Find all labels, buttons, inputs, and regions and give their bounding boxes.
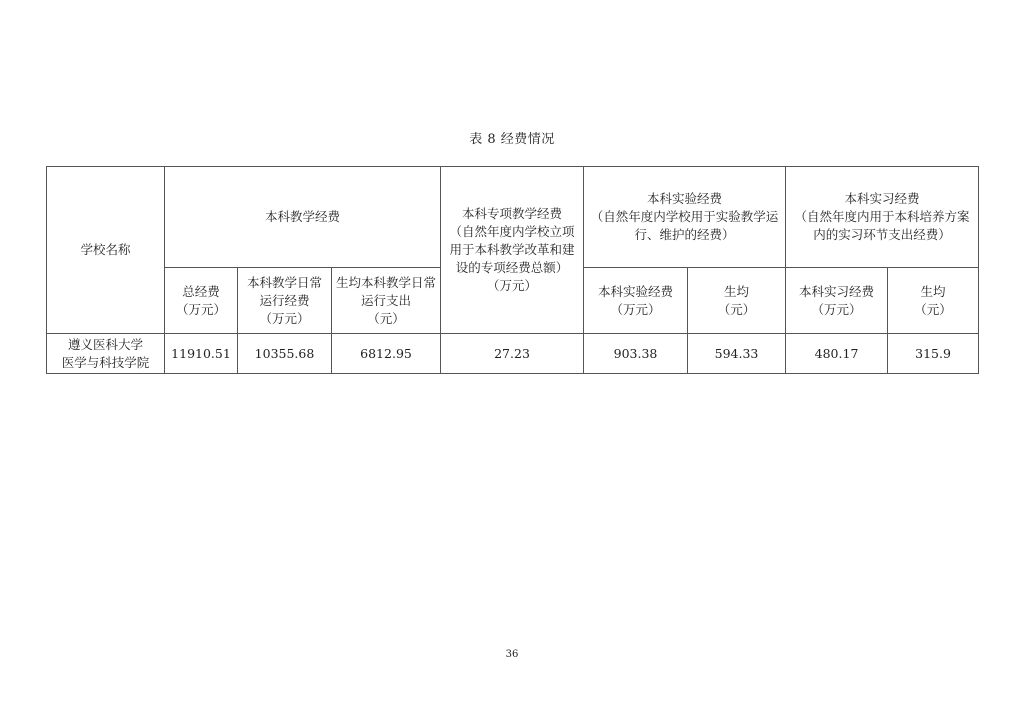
header-daily-operation: 本科教学日常运行经费 （万元） — [238, 268, 332, 334]
cell-total: 11910.51 — [165, 334, 238, 374]
header-intern-per-student: 生均 （元） — [888, 268, 979, 334]
header-special-funds: 本科专项教学经费 （自然年度内学校立项用于本科教学改革和建设的专项经费总额） （… — [441, 167, 584, 334]
header-per-student-daily: 生均本科教学日常运行支出 （元） — [332, 268, 441, 334]
cell-intern-total: 480.17 — [786, 334, 888, 374]
cell-daily-operation: 10355.68 — [238, 334, 332, 374]
header-internship-funds: 本科实习经费 （自然年度内用于本科培养方案内的实习环节支出经费） — [786, 167, 979, 268]
cell-school: 遵义医科大学 医学与科技学院 — [47, 334, 165, 374]
header-school-name: 学校名称 — [47, 167, 165, 334]
header-lab-total: 本科实验经费 （万元） — [584, 268, 688, 334]
header-intern-total: 本科实习经费 （万元） — [786, 268, 888, 334]
cell-lab-total: 903.38 — [584, 334, 688, 374]
cell-lab-per-student: 594.33 — [688, 334, 786, 374]
table-row: 遵义医科大学 医学与科技学院 11910.51 10355.68 6812.95… — [47, 334, 979, 374]
header-lab-per-student: 生均 （元） — [688, 268, 786, 334]
header-total: 总经费 （万元） — [165, 268, 238, 334]
header-lab-funds: 本科实验经费 （自然年度内学校用于实验教学运行、维护的经费） — [584, 167, 786, 268]
cell-special: 27.23 — [441, 334, 584, 374]
funding-table: 学校名称 本科教学经费 本科专项教学经费 （自然年度内学校立项用于本科教学改革和… — [46, 166, 979, 374]
cell-intern-per-student: 315.9 — [888, 334, 979, 374]
page-number: 36 — [0, 649, 1024, 660]
cell-per-student-daily: 6812.95 — [332, 334, 441, 374]
table-caption: 表 8 经费情况 — [0, 128, 1024, 147]
header-teaching-funds: 本科教学经费 — [165, 167, 441, 268]
